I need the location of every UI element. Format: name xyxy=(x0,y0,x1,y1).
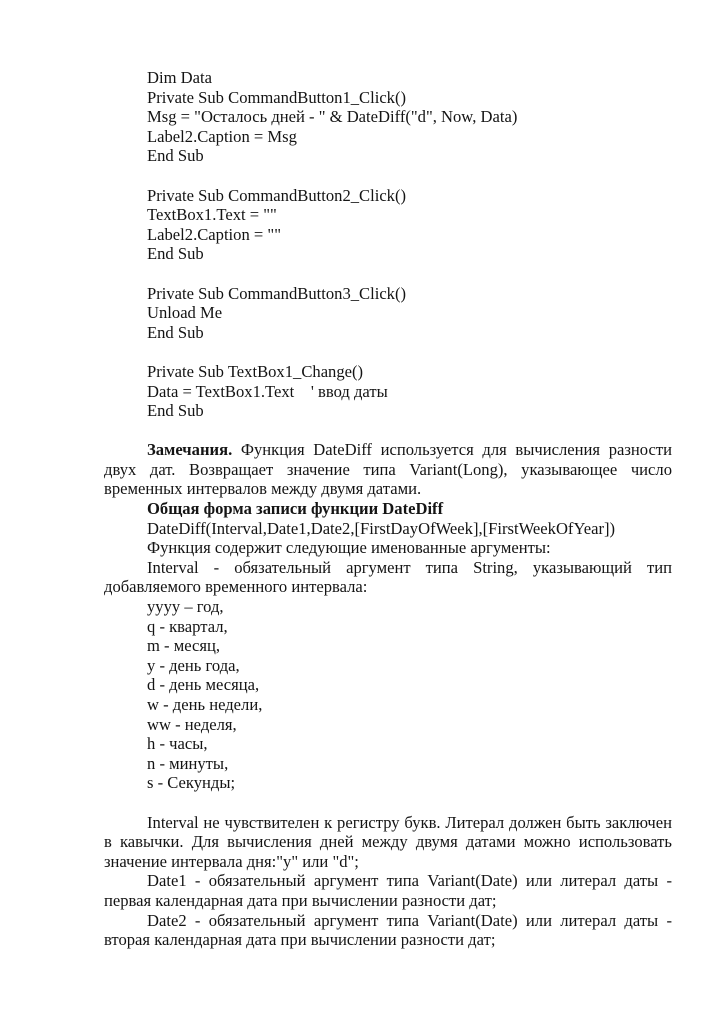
general-form-heading-text: Общая форма записи функции DateDiff xyxy=(147,499,443,518)
code-line: End Sub xyxy=(147,146,672,166)
list-item: d - день месяца, xyxy=(147,675,672,695)
remark-paragraph: Замечания. Функция DateDiff используется… xyxy=(104,440,672,499)
list-item: y - день года, xyxy=(147,656,672,676)
document-page: Dim Data Private Sub CommandButton1_Clic… xyxy=(104,68,672,950)
list-item: ww - неделя, xyxy=(147,715,672,735)
args-intro: Функция содержит следующие именованные а… xyxy=(104,538,672,558)
code-line: Private Sub CommandButton2_Click() xyxy=(147,186,672,206)
interval-values-list: yyyy – год, q - квартал, m - месяц, y - … xyxy=(104,597,672,793)
blank-line xyxy=(147,342,672,362)
code-line: Msg = "Осталось дней - " & DateDiff("d",… xyxy=(147,107,672,127)
code-line: Label2.Caption = "" xyxy=(147,225,672,245)
code-line: Private Sub TextBox1_Change() xyxy=(147,362,672,382)
list-item: yyyy – год, xyxy=(147,597,672,617)
interval-note: Interval не чувствителен к регистру букв… xyxy=(104,813,672,872)
remark-label: Замечания. xyxy=(147,440,232,459)
code-line: Private Sub CommandButton1_Click() xyxy=(147,88,672,108)
date2-description: Date2 - обязательный аргумент типа Varia… xyxy=(104,911,672,950)
code-line: Private Sub CommandButton3_Click() xyxy=(147,284,672,304)
code-line: End Sub xyxy=(147,323,672,343)
blank-line xyxy=(104,421,672,441)
code-listing: Dim Data Private Sub CommandButton1_Clic… xyxy=(104,68,672,421)
list-item: m - месяц, xyxy=(147,636,672,656)
general-form-heading: Общая форма записи функции DateDiff xyxy=(104,499,672,519)
interval-description: Interval - обязательный аргумент типа St… xyxy=(104,558,672,597)
date1-description: Date1 - обязательный аргумент типа Varia… xyxy=(104,871,672,910)
code-line: End Sub xyxy=(147,401,672,421)
list-item: s - Секунды; xyxy=(147,773,672,793)
list-item: q - квартал, xyxy=(147,617,672,637)
code-line: Unload Me xyxy=(147,303,672,323)
blank-line xyxy=(147,166,672,186)
code-line: Data = TextBox1.Text ' ввод даты xyxy=(147,382,672,402)
blank-line xyxy=(104,793,672,813)
syntax-line: DateDiff(Interval,Date1,Date2,[FirstDayO… xyxy=(104,519,672,539)
list-item: n - минуты, xyxy=(147,754,672,774)
code-line: Label2.Caption = Msg xyxy=(147,127,672,147)
blank-line xyxy=(147,264,672,284)
code-line: End Sub xyxy=(147,244,672,264)
list-item: h - часы, xyxy=(147,734,672,754)
code-line: TextBox1.Text = "" xyxy=(147,205,672,225)
list-item: w - день недели, xyxy=(147,695,672,715)
code-line: Dim Data xyxy=(147,68,672,88)
